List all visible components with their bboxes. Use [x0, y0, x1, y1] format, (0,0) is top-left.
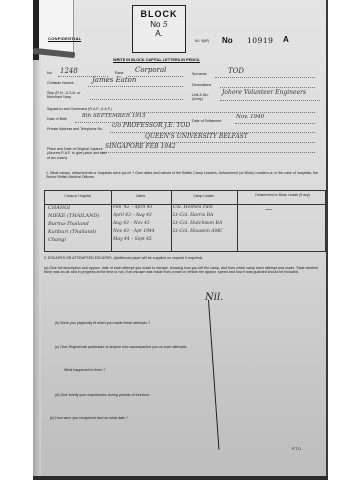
- instruction-heading: WRITE IN BLOCK CAPITAL LETTERS IN PENCIL: [113, 58, 200, 63]
- enlistment-label: Date of Enlistment: [192, 119, 221, 123]
- serial-suffix: A: [283, 35, 289, 44]
- surname-value: TOD: [228, 67, 244, 75]
- header-camp: Camp or Hospital.: [45, 194, 111, 198]
- address-label: Private Address and Telephone No.: [47, 127, 103, 131]
- question-2b: (b) Were you physically fit when you mad…: [55, 321, 150, 325]
- block-title: BLOCK: [133, 9, 185, 19]
- unit-label: Unit & Div. (Army): [192, 93, 220, 102]
- address-line2: QUEEN'S UNIVERSITY BELFAST: [145, 133, 248, 140]
- enlistment-value: Nov. 1940: [236, 114, 264, 120]
- ship-label: Ship (R.N., U.S.N. or Merchant Navy: [47, 91, 95, 100]
- form-reference: M.I. 9(AP): [195, 39, 209, 43]
- table-dates-column: Feb '42 – April 43 April 43 – Aug 43 Aug…: [113, 204, 155, 244]
- decorations-label: Decorations: [192, 83, 211, 87]
- block-number: No 5: [133, 20, 185, 29]
- christian-names-label: Christian Names: [47, 81, 74, 85]
- question-2: 2. ESCAPES OR ATTEMPTED ESCAPES. (Additi…: [44, 256, 324, 260]
- capture-value: SINGAPORE FEB 1942: [105, 143, 176, 150]
- question-1: 1. What camps, detachments or hospitals …: [46, 171, 324, 180]
- no-label: No.: [47, 71, 53, 75]
- classification-label: CONFIDENTIAL: [48, 36, 81, 42]
- camps-table: Camp or Hospital. Dates. Camp Leader. De…: [44, 190, 326, 252]
- rank-value: Corporal: [135, 66, 166, 74]
- unit-value: Johore Volunteer Engineers: [222, 89, 306, 96]
- christian-names-value: James Eaton: [92, 76, 136, 84]
- capture-label: Place and Date of Original Capture (Airc…: [47, 147, 109, 160]
- block-letter: A.: [133, 29, 185, 38]
- dob-value: 8th SEPTEMBER 1915: [82, 113, 146, 119]
- page-bottom-edge: [33, 476, 328, 480]
- question-2c: (c) Give Regimental particulars of anyon…: [55, 345, 187, 349]
- serial-label: No: [222, 36, 233, 45]
- squadron-label: Squadron and Command (R.A.F., A.A.F.): [47, 107, 112, 111]
- no-value: 1248: [60, 67, 78, 75]
- table-detachment-value: —: [265, 205, 272, 213]
- table-row: CHANGI NIEKE (THAILAND) Burma-Thailand K…: [48, 204, 99, 244]
- rank-label: Rank: [115, 71, 123, 75]
- block-stamp: BLOCK No 5 A.: [132, 5, 186, 53]
- dob-label: Date of Birth: [47, 117, 67, 121]
- question-2c-sub: What happened to them ?: [64, 368, 105, 372]
- header-detachment: Detachment or Block Leader (if any).: [245, 193, 321, 197]
- address-line1: c/o PROFESSOR J.E. TOD: [112, 122, 190, 129]
- serial-number: 10919: [247, 36, 273, 45]
- header-leader: Camp Leader.: [171, 194, 237, 198]
- question-2a: (a) Give full description and approx. da…: [44, 266, 326, 275]
- question-2d: (d) Give briefly your experiences during…: [55, 393, 150, 397]
- question-2e: (e) How were you recaptured and on what …: [50, 416, 128, 420]
- page-shadow: [33, 0, 41, 480]
- folded-corner: [33, 0, 74, 55]
- header-dates: Dates.: [111, 194, 171, 198]
- pto-label: P.T.O.: [292, 447, 302, 451]
- table-leader-column: Col. Holmes Pam Lt-Col. Harris RA Lt-Col…: [173, 204, 223, 236]
- surname-label: Surname: [192, 72, 207, 76]
